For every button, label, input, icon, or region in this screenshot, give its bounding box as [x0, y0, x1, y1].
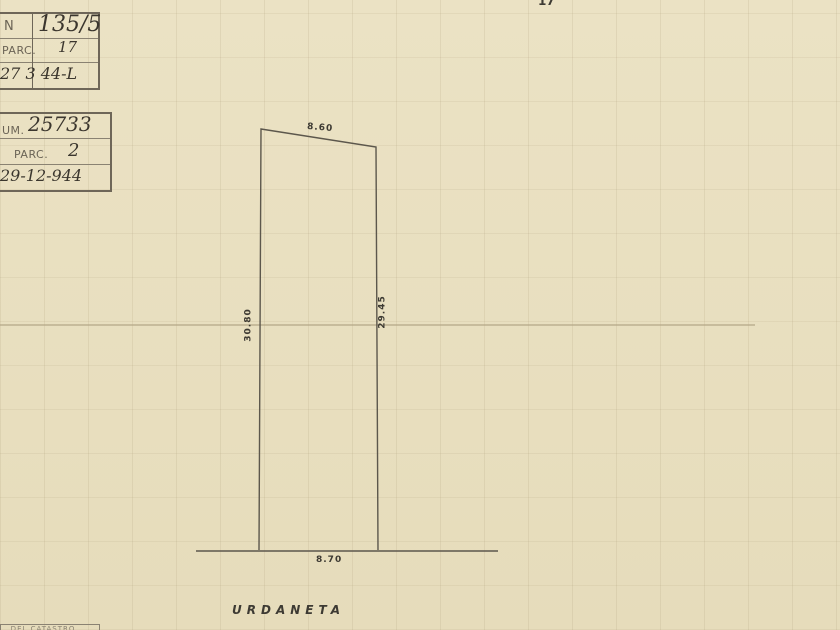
- plot-drawing: [0, 0, 840, 630]
- plot-outline: [259, 129, 378, 550]
- footer-stamp: ...DEL CATASTRO: [0, 624, 100, 630]
- street-name: URDANETA: [232, 603, 345, 617]
- dimension-right: 29.45: [378, 295, 388, 328]
- dimension-bottom: 8.70: [316, 555, 342, 565]
- dimension-left: 30.80: [244, 308, 254, 341]
